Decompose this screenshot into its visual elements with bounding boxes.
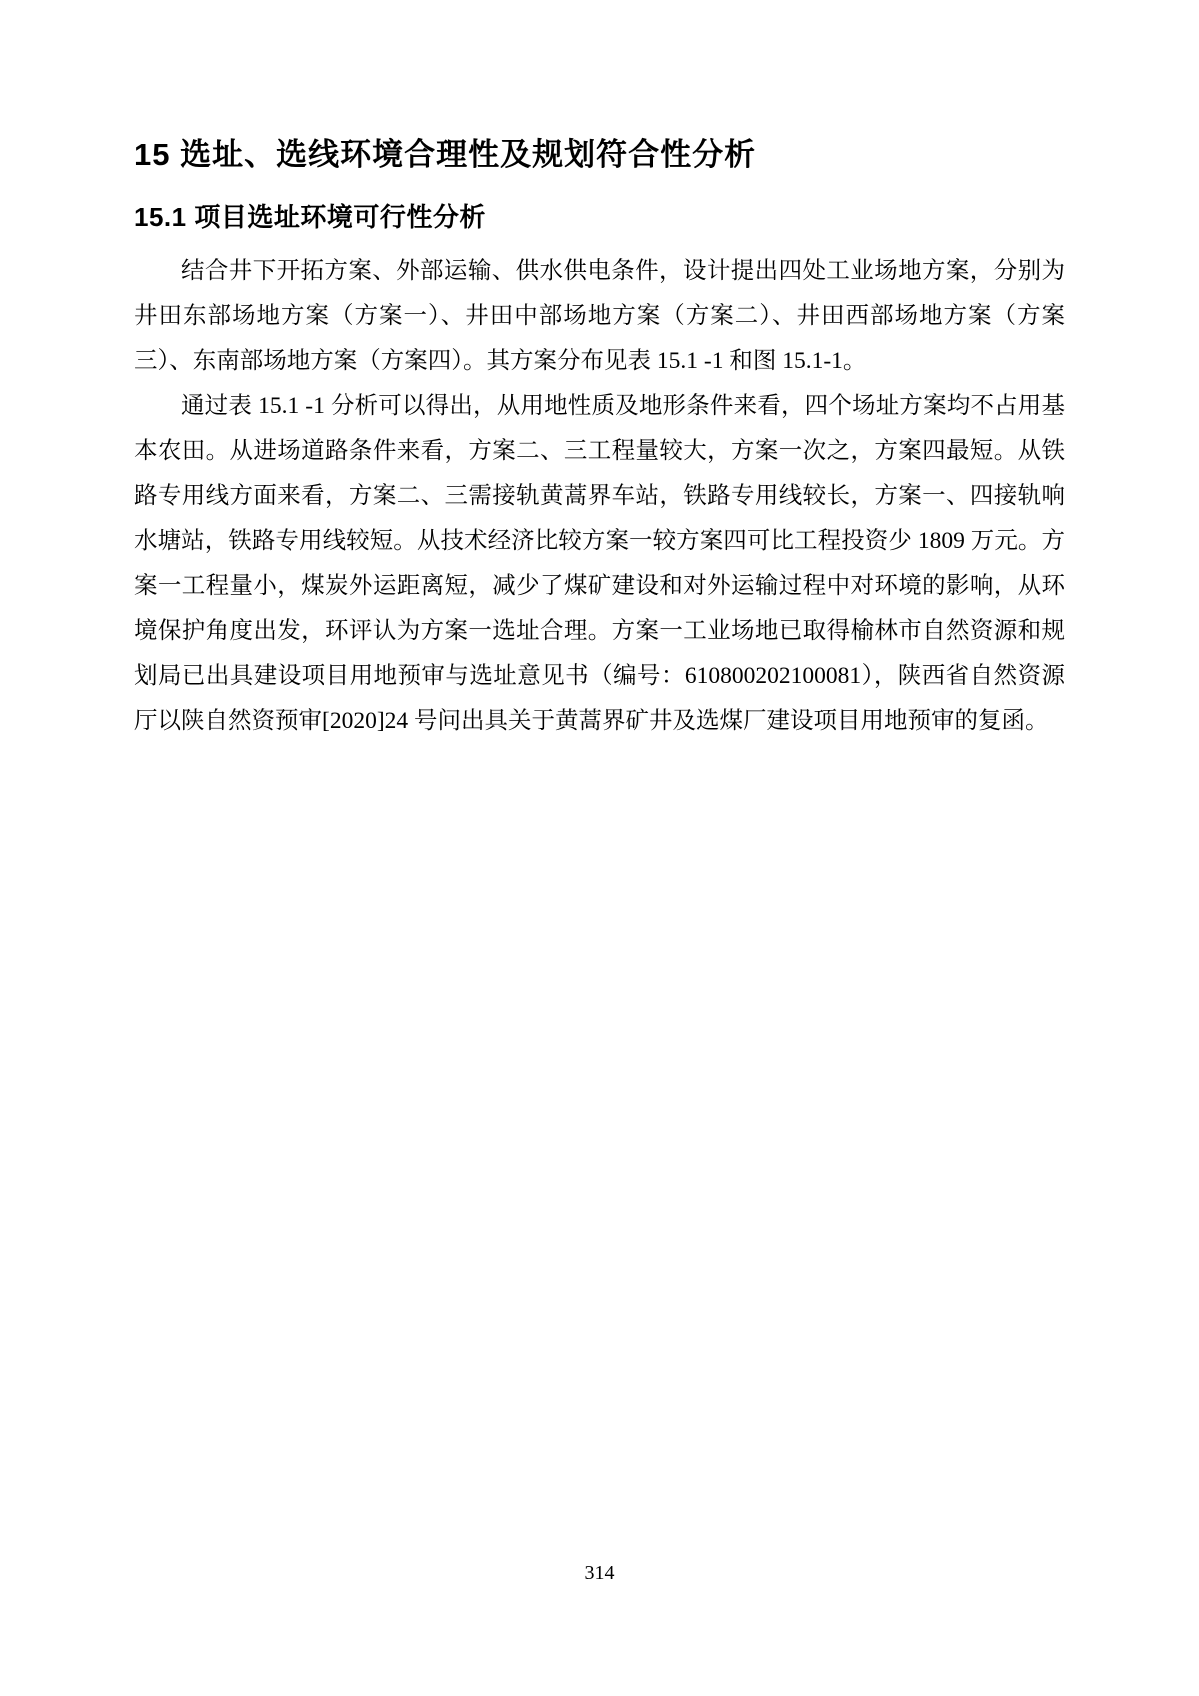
- page-footer: 314: [0, 1562, 1199, 1585]
- section-heading: 15 选址、选线环境合理性及规划符合性分析: [134, 136, 1065, 175]
- page-number: 314: [585, 1562, 615, 1584]
- paragraph-site-analysis: 通过表 15.1 -1 分析可以得出，从用地性质及地形条件来看，四个场址方案均不…: [134, 384, 1065, 744]
- subsection-heading: 15.1 项目选址环境可行性分析: [134, 201, 1065, 234]
- document-page: 15 选址、选线环境合理性及规划符合性分析 15.1 项目选址环境可行性分析 结…: [0, 0, 1199, 1696]
- paragraph-site-options: 结合井下开拓方案、外部运输、供水供电条件，设计提出四处工业场地方案，分别为井田东…: [134, 249, 1065, 384]
